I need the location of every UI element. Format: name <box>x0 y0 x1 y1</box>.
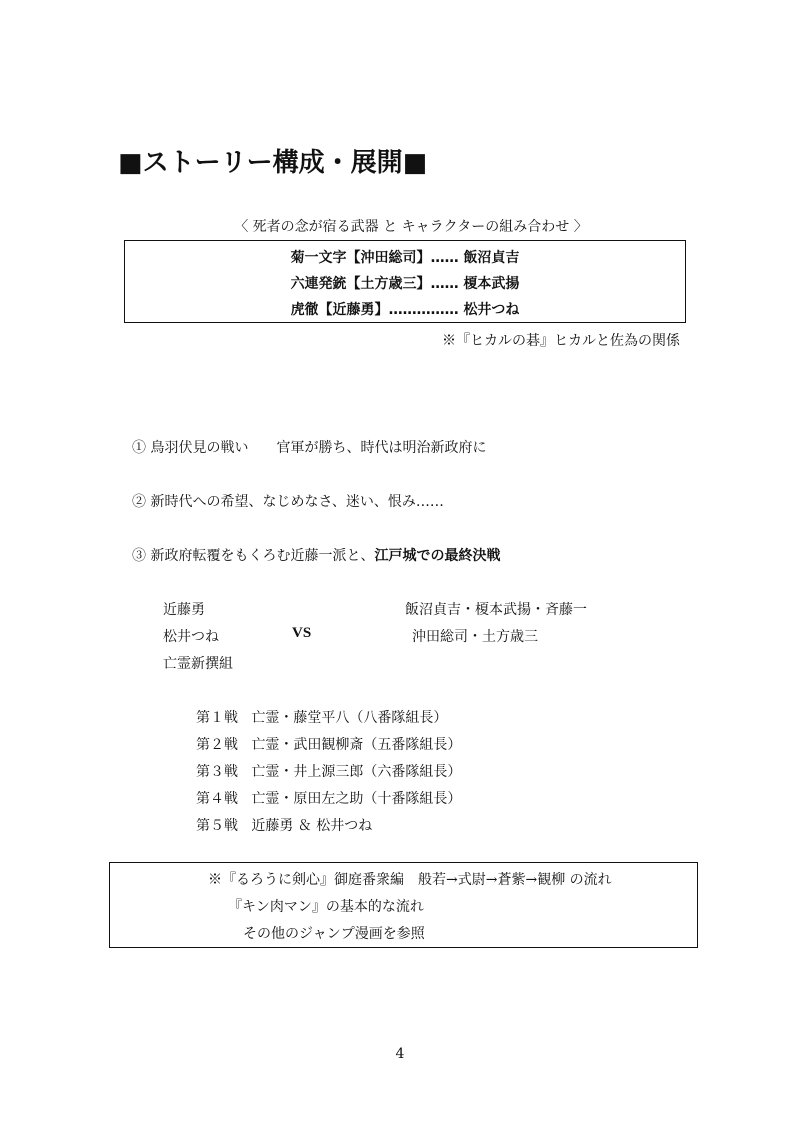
battle-opponent: 亡霊・原田左之助（十番隊組長） <box>251 791 461 807</box>
pair-weapon: 六連発銃【土方歳三】 <box>291 276 431 292</box>
battle-round: 第５戦 <box>196 818 238 834</box>
versus-left-2: 松井つね <box>163 626 219 646</box>
battle-row: 第１戦 亡霊・藤堂平八（八番隊組長） <box>196 707 447 727</box>
battle-round: 第２戦 <box>196 737 238 753</box>
step-3: ③ 新政府転覆をもくろむ近藤一派と、江戸城での最終決戦 <box>132 545 500 565</box>
versus-label: VS <box>292 625 311 642</box>
versus-right-1: 飯沼貞吉・榎本武揚・斉藤一 <box>405 599 587 619</box>
step-text: 新政府転覆をもくろむ近藤一派と、 <box>150 548 374 564</box>
pairing-heading: 〈 死者の念が宿る武器 と キャラクターの組み合わせ 〉 <box>0 216 800 236</box>
battle-row: 第４戦 亡霊・原田左之助（十番隊組長） <box>196 788 461 808</box>
battle-round: 第３戦 <box>196 764 238 780</box>
reference-line: その他のジャンプ漫画を参照 <box>243 923 425 943</box>
battle-opponent: 亡霊・井上源三郎（六番隊組長） <box>251 764 461 780</box>
step-2: ② 新時代への希望、なじめなさ、迷い、恨み…… <box>132 491 444 511</box>
pair-row: 菊一文字【沖田総司】…… 飯沼貞吉 <box>125 247 685 267</box>
battle-round: 第４戦 <box>196 791 238 807</box>
reference-box: ※『るろうに剣心』御庭番衆編 般若→式尉→蒼紫→観柳 の流れ 『キン肉マン』の基… <box>109 862 698 948</box>
reference-line: 『キン肉マン』の基本的な流れ <box>228 896 424 916</box>
pair-leader: …… <box>431 250 459 266</box>
step-text: 鳥羽伏見の戦い 官軍が勝ち、時代は明治新政府に <box>150 440 486 456</box>
versus-left-1: 近藤勇 <box>163 599 205 619</box>
step-marker: ① <box>132 440 146 456</box>
versus-left-3: 亡霊新撰組 <box>163 653 233 673</box>
pair-weapon: 菊一文字【沖田総司】 <box>291 250 431 266</box>
step-1: ① 鳥羽伏見の戦い 官軍が勝ち、時代は明治新政府に <box>132 437 486 457</box>
page-title: ■ストーリー構成・展開■ <box>118 142 427 179</box>
pair-weapon: 虎徹【近藤勇】 <box>291 302 389 318</box>
pair-row: 六連発銃【土方歳三】…… 榎本武揚 <box>125 273 685 293</box>
pairing-box: 菊一文字【沖田総司】…… 飯沼貞吉 六連発銃【土方歳三】…… 榎本武揚 虎徹【近… <box>124 240 686 323</box>
pairing-note: ※『ヒカルの碁』ヒカルと佐為の関係 <box>442 330 680 350</box>
step-marker: ③ <box>132 548 146 564</box>
battle-row: 第５戦 近藤勇 ＆ 松井つね <box>196 815 372 835</box>
reference-line: ※『るろうに剣心』御庭番衆編 般若→式尉→蒼紫→観柳 の流れ <box>208 869 612 889</box>
battle-round: 第１戦 <box>196 710 238 726</box>
step-text: 新時代への希望、なじめなさ、迷い、恨み…… <box>150 494 443 510</box>
step-marker: ② <box>132 494 146 510</box>
pair-character: 榎本武揚 <box>463 276 519 292</box>
pair-character: 松井つね <box>463 302 519 318</box>
pair-row: 虎徹【近藤勇】…………… 松井つね <box>125 299 685 319</box>
battle-opponent: 亡霊・藤堂平八（八番隊組長） <box>251 710 447 726</box>
pair-leader: …… <box>431 276 459 292</box>
pair-leader: …………… <box>389 302 459 318</box>
battle-row: 第３戦 亡霊・井上源三郎（六番隊組長） <box>196 761 461 781</box>
battle-opponent: 近藤勇 ＆ 松井つね <box>251 818 372 834</box>
battle-row: 第２戦 亡霊・武田観柳斎（五番隊組長） <box>196 734 461 754</box>
versus-right-2: 沖田総司・土方歳三 <box>412 626 538 646</box>
page-number: 4 <box>0 1046 800 1062</box>
pair-character: 飯沼貞吉 <box>463 250 519 266</box>
step-bold-text: 江戸城での最終決戦 <box>374 548 500 564</box>
battle-opponent: 亡霊・武田観柳斎（五番隊組長） <box>251 737 461 753</box>
